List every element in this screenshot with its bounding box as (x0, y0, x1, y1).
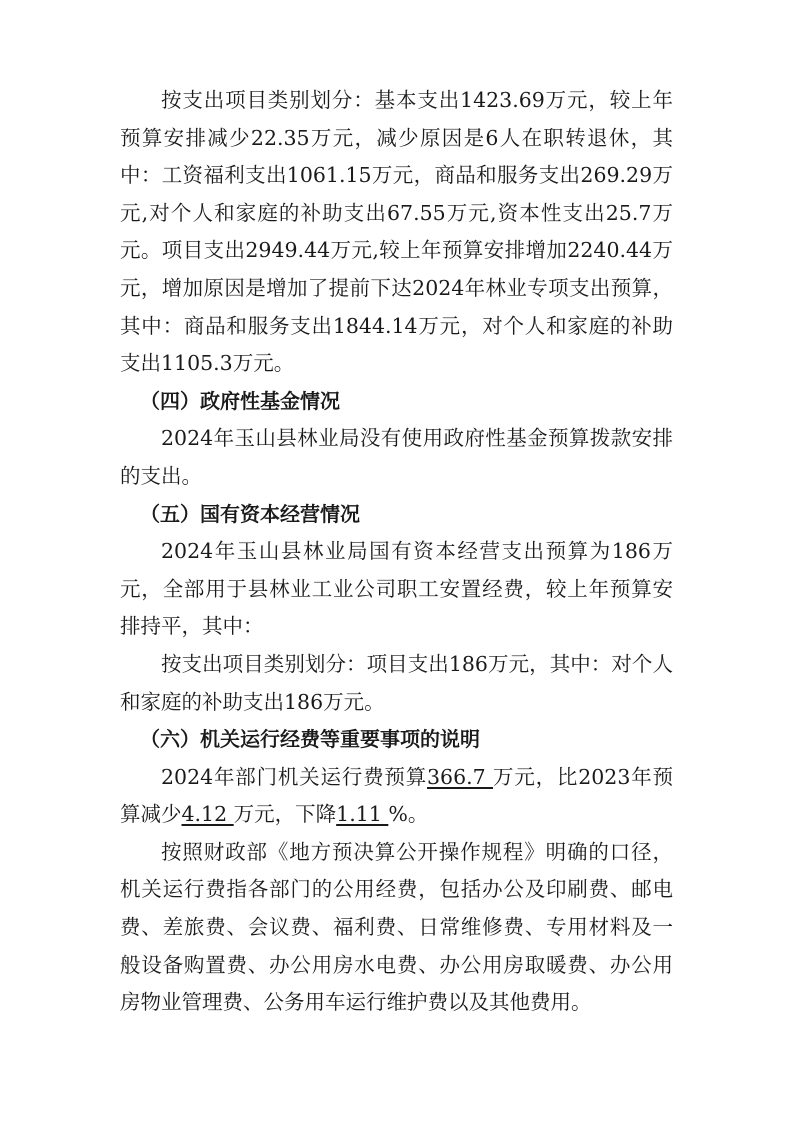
heading-state-capital: （五）国有资本经营情况 (120, 496, 673, 534)
document-page: 按支出项目类别划分：基本支出1423.69万元，较上年预算安排减少22.35万元… (120, 82, 673, 1022)
paragraph-government-fund: 2024年玉山县林业局没有使用政府性基金预算拨款安排的支出。 (120, 420, 673, 495)
heading-government-fund: （四）政府性基金情况 (120, 383, 673, 421)
decrease-amount-value: 4.12 (182, 802, 234, 826)
decrease-percent-value: 1.11 (336, 802, 388, 826)
heading-operating-expenses: （六）机关运行经费等重要事项的说明 (120, 721, 673, 759)
paragraph-state-capital-breakdown: 按支出项目类别划分：项目支出186万元，其中：对个人和家庭的补助支出186万元。 (120, 646, 673, 721)
text-segment: 万元，下降 (234, 802, 337, 826)
paragraph-state-capital: 2024年玉山县林业局国有资本经营支出预算为186万元，全部用于县林业工业公司职… (120, 533, 673, 646)
paragraph-basic-and-project-expenditure: 按支出项目类别划分：基本支出1423.69万元，较上年预算安排减少22.35万元… (120, 82, 673, 383)
paragraph-operating-expenses-definition: 按照财政部《地方预决算公开操作规程》明确的口径，机关运行费指各部门的公用经费，包… (120, 834, 673, 1022)
text-segment: 2024年部门机关运行费预算 (161, 765, 427, 789)
operating-budget-value: 366.7 (427, 765, 493, 789)
text-segment: %。 (388, 802, 428, 826)
paragraph-operating-expenses-budget: 2024年部门机关运行费预算366.7 万元，比2023年预算减少4.12 万元… (120, 759, 673, 834)
